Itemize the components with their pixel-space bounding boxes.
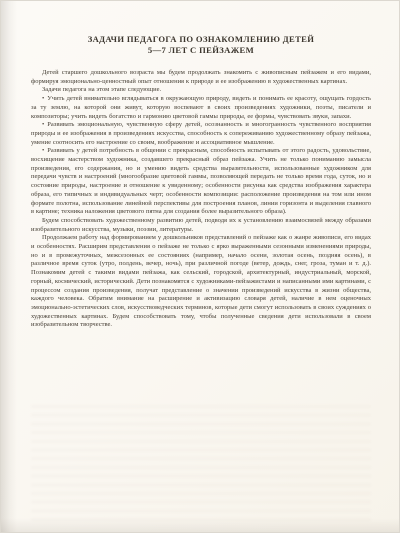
page-showthrough xyxy=(31,405,371,523)
page-bottom-shadow xyxy=(1,518,399,532)
document-page: ЗАДАЧИ ПЕДАГОГА ПО ОЗНАКОМЛЕНИЮ ДЕТЕЙ 5—… xyxy=(0,0,400,533)
body-paragraph: Будем способствовать художественному раз… xyxy=(31,217,371,234)
page-title-line-2: 5—7 ЛЕТ С ПЕЙЗАЖЕМ xyxy=(27,45,375,56)
bullet-item: •Развивать эмоциональную, чувственную сф… xyxy=(31,121,371,147)
bullet-text: Развивать эмоциональную, чувственную сфе… xyxy=(31,121,371,145)
body-paragraph: Задачи педагога на этом этапе следующие. xyxy=(31,86,371,95)
bullet-item: •Учить детей внимательно вглядываться в … xyxy=(31,95,371,121)
page-title-line-1: ЗАДАЧИ ПЕДАГОГА ПО ОЗНАКОМЛЕНИЮ ДЕТЕЙ xyxy=(27,34,375,45)
bullet-item: •Развивать у детей потребность в общении… xyxy=(31,147,371,217)
body-paragraph: Детей старшего дошкольного возраста мы б… xyxy=(31,69,371,86)
body-paragraph: Продолжаем работу над формированием у до… xyxy=(31,234,371,330)
page-gutter-shadow xyxy=(1,1,17,532)
bullet-text: Развивать у детей потребность в общении … xyxy=(31,147,371,215)
body-text: Детей старшего дошкольного возраста мы б… xyxy=(31,69,371,330)
page-title: ЗАДАЧИ ПЕДАГОГА ПО ОЗНАКОМЛЕНИЮ ДЕТЕЙ 5—… xyxy=(27,34,375,55)
bullet-text: Учить детей внимательно вглядываться в о… xyxy=(31,95,371,119)
